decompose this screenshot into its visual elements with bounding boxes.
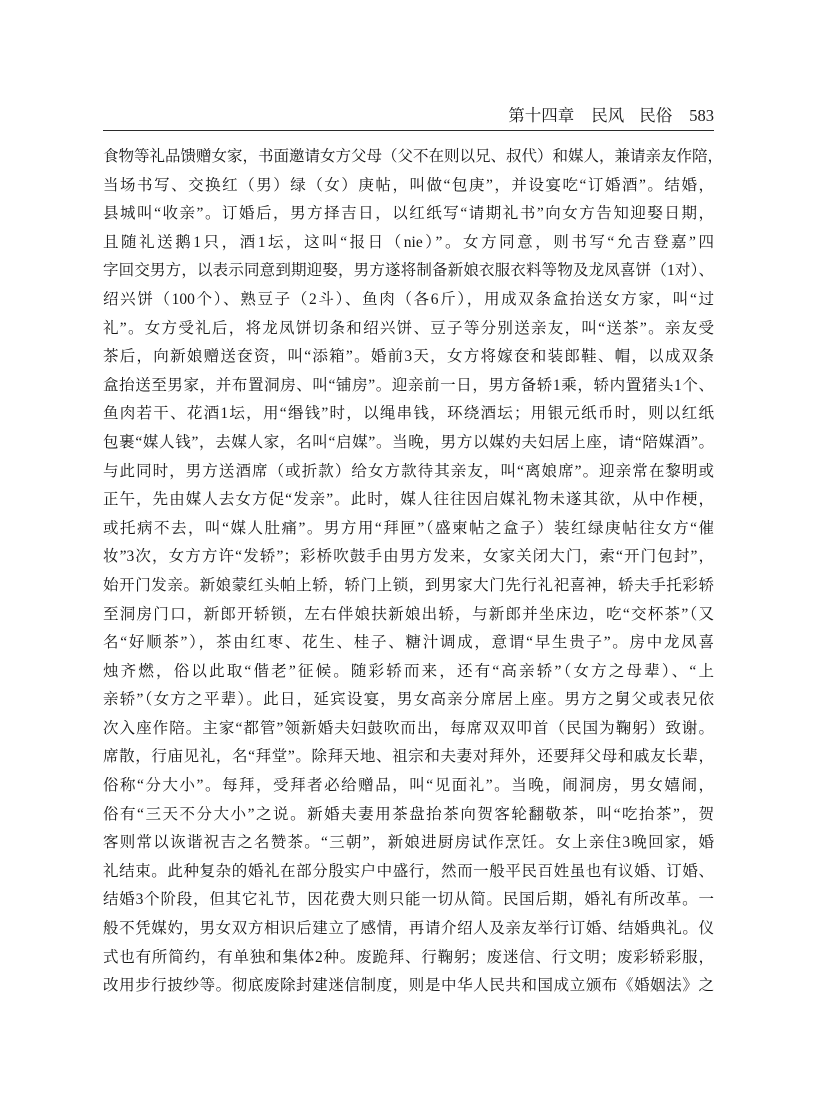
running-header: 第十四章民风民俗583 [103,105,714,127]
text-line: 或托病不去，叫“媒人肚痛”。男方用“拜匣”（盛柬帖之盒子）装红绿庚帖往女方“催 [103,515,714,544]
text-line: 俗有“三天不分大小”之说。新婚夫妻用茶盘抬茶向贺客轮翻敬茶，叫“吃抬茶”，贺 [103,801,714,830]
text-line: 俗称“分大小”。每拜，受拜者必给赠品，叫“见面礼”。当晚，闹洞房，男女嬉闹， [103,772,714,801]
text-line: 式也有所简约，有单独和集体2种。废跪拜、行鞠躬；废迷信、行文明；废彩轿彩服， [103,944,714,973]
page-number: 583 [689,105,714,127]
header-topic-minfeng: 民风 [591,105,624,127]
text-line: 盒抬送至男家，并布置洞房、叫“铺房”。迎亲前一日，男方备轿1乘，轿内置猪头1个、 [103,372,714,401]
text-line: 礼”。女方受礼后，将龙凤饼切条和绍兴饼、豆子等分别送亲友，叫“送茶”。亲友受 [103,315,714,344]
text-line: 次入座作陪。主家“都管”领新婚夫妇鼓吹而出，每席双双叩首（民国为鞠躬）致谢。 [103,715,714,744]
text-line: 与此同时，男方送酒席（或折款）给女方款待其亲友，叫“离娘席”。迎亲常在黎明或 [103,458,714,487]
header-topic-minsu: 民俗 [639,105,672,127]
text-line: 正午，先由媒人去女方促“发亲”。此时，媒人往往因启媒礼物未遂其欲，从中作梗， [103,486,714,515]
header-rule-line [103,130,714,131]
text-line: 礼结束。此种复杂的婚礼在部分殷实户中盛行，然而一般平民百姓虽也有议婚、订婚、 [103,858,714,887]
body-text: 食物等礼品馈赠女家，书面邀请女方父母（父不在则以兄、叔代）和媒人，兼请亲友作陪，… [103,143,714,1001]
header-chapter: 第十四章 [508,105,574,127]
text-line: 当场书写、交换红（男）绿（女）庚帖，叫做“包庚”，并设宴吃“订婚酒”。结婚， [103,172,714,201]
text-line: 妆”3次，女方方许“发轿”；彩桥吹鼓手由男方发来，女家关闭大门，索“开门包封”， [103,543,714,572]
text-line: 至洞房门口，新郎开轿锁，左右伴娘扶新娘出轿，与新郎并坐床边，吃“交杯茶”（又 [103,601,714,630]
text-line: 绍兴饼（100个）、熟豆子（2斗）、鱼肉（各6斤），用成双条盒抬送女方家，叫“过 [103,286,714,315]
text-line: 客则常以诙谐祝吉之名赞茶。“三朝”，新娘进厨房试作烹饪。女上亲住3晚回家，婚 [103,829,714,858]
text-line: 名“好顺茶”），茶由红枣、花生、桂子、糖汁调成，意谓“早生贵子”。房中龙凤喜 [103,629,714,658]
text-line: 改用步行披纱等。彻底废除封建迷信制度，则是中华人民共和国成立颁布《婚姻法》之 [103,972,714,1001]
text-line: 席散，行庙见礼，名“拜堂”。除拜天地、祖宗和夫妻对拜外，还要拜父母和戚友长辈， [103,743,714,772]
text-line: 字回交男方，以表示同意到期迎娶，男方遂将制备新娘衣服衣料等物及龙凤喜饼（1对）、 [103,257,714,286]
text-line: 食物等礼品馈赠女家，书面邀请女方父母（父不在则以兄、叔代）和媒人，兼请亲友作陪， [103,143,714,172]
text-line: 茶后，向新娘赠送奁资，叫“添箱”。婚前3天，女方将嫁奁和装郎鞋、帽，以成双条 [103,343,714,372]
text-line: 亲轿”（女方之平辈）。此日，延宾设宴，男女高亲分席居上座。男方之舅父或表兄依 [103,686,714,715]
text-line: 县城叫“收亲”。订婚后，男方择吉日，以红纸写“请期礼书”向女方告知迎娶日期， [103,200,714,229]
text-line: 包裹“媒人钱”，去媒人家，名叫“启媒”。当晚，男方以媒妁夫妇居上座，请“陪媒酒”… [103,429,714,458]
text-line: 结婚3个阶段，但其它礼节，因花费大则只能一切从简。民国后期，婚礼有所改革。一 [103,886,714,915]
book-page: 第十四章民风民俗583 食物等礼品馈赠女家，书面邀请女方父母（父不在则以兄、叔代… [0,0,816,1099]
text-line: 且随礼送鹅1只，酒1坛，这叫“报日（nie）”。女方同意，则书写“允吉登嘉”四 [103,229,714,258]
text-line: 烛齐燃，俗以此取“偕老”征候。随彩轿而来，还有“高亲轿”（女方之母辈）、“上 [103,658,714,687]
text-line: 鱼肉若干、花酒1坛，用“缗钱”时，以绳串钱，环绕酒坛；用银元纸币时，则以红纸 [103,400,714,429]
text-line: 般不凭媒妁，男女双方相识后建立了感情，再请介绍人及亲友举行订婚、结婚典礼。仪 [103,915,714,944]
text-line: 始开门发亲。新娘蒙红头帕上轿，轿门上锁，到男家大门先行礼祀喜神，轿夫手托彩轿 [103,572,714,601]
